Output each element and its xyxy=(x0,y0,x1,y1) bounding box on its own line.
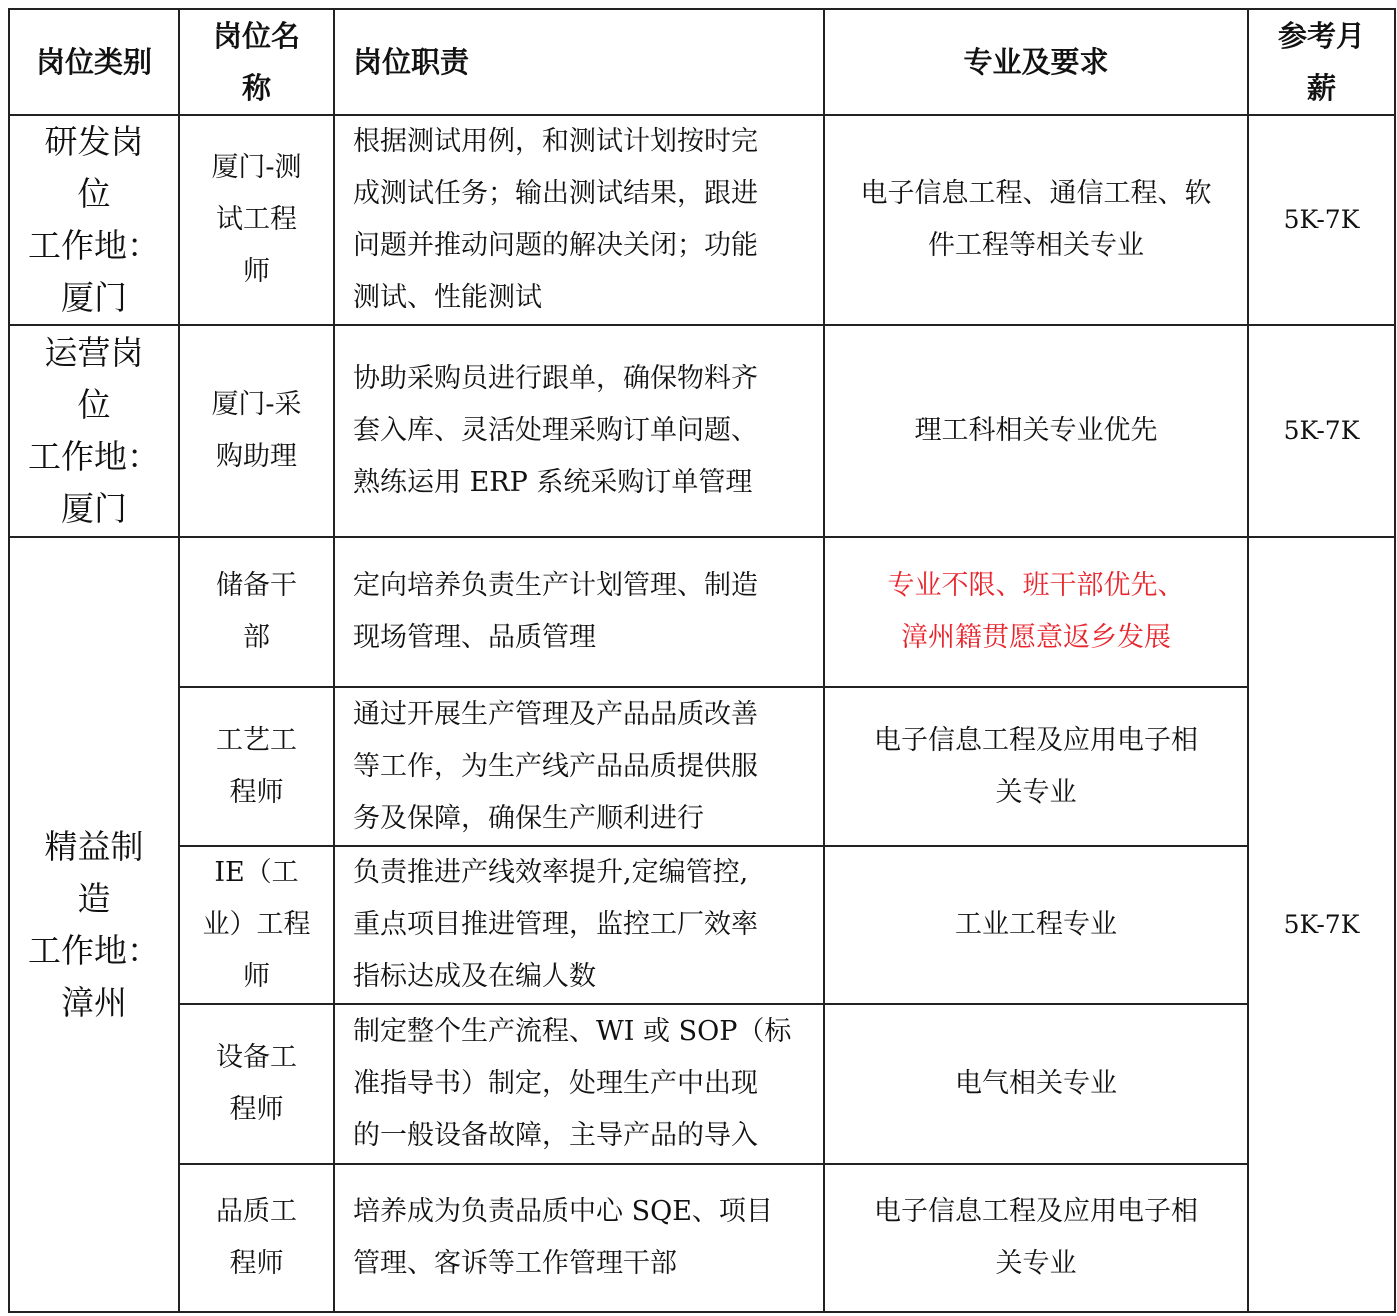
duty-cell: 根据测试用例，和测试计划按时完 成测试任务；输出测试结果，跟进 问题并推动问题的… xyxy=(334,115,824,325)
position-name-line: 师 xyxy=(194,246,319,298)
position-name-line: 品质工 xyxy=(194,1186,319,1238)
duty-line: 成测试任务；输出测试结果，跟进 xyxy=(353,168,805,220)
category-line: 精益制 xyxy=(10,821,178,873)
table-row: 精益制 造 工作地： 漳州 储备干 部 定向培养负责生产计划管理、制造 现场管理… xyxy=(9,537,1395,687)
position-name-line: 试工程 xyxy=(194,194,319,246)
duty-line: 准指导书）制定，处理生产中出现 xyxy=(353,1058,805,1110)
requirement-line: 关专业 xyxy=(843,1238,1229,1290)
requirement-line: 工业工程专业 xyxy=(843,899,1229,951)
position-name-line: 购助理 xyxy=(194,431,319,483)
table-row: 设备工 程师 制定整个生产流程、WI 或 SOP（标 准指导书）制定，处理生产中… xyxy=(9,1004,1395,1164)
requirement-line: 电子信息工程及应用电子相 xyxy=(843,715,1229,767)
requirement-cell: 电子信息工程、通信工程、软 件工程等相关专业 xyxy=(824,115,1248,325)
requirement-cell: 理工科相关专业优先 xyxy=(824,325,1248,537)
position-name-line: 部 xyxy=(194,612,319,664)
table-row: 工艺工 程师 通过开展生产管理及产品品质改善 等工作，为生产线产品品质提供服 务… xyxy=(9,687,1395,846)
duty-line: 通过开展生产管理及产品品质改善 xyxy=(353,689,805,741)
requirement-line: 漳州籍贯愿意返乡发展 xyxy=(843,612,1229,664)
position-name-line: 业）工程 xyxy=(194,899,319,951)
job-positions-table: 岗位类别 岗位名 称 岗位职责 专业及要求 参考月 薪 研发岗 位 工作地： 厦… xyxy=(8,8,1396,1313)
duty-line: 负责推进产线效率提升,定编管控, xyxy=(353,847,805,899)
category-line: 漳州 xyxy=(10,977,178,1029)
position-name-cell: 厦门-测 试工程 师 xyxy=(179,115,334,325)
duty-cell: 协助采购员进行跟单，确保物料齐 套入库、灵活处理采购订单问题、 熟练运用 ERP… xyxy=(334,325,824,537)
category-cell: 运营岗 位 工作地： 厦门 xyxy=(9,325,179,537)
duty-line: 套入库、灵活处理采购订单问题、 xyxy=(353,405,805,457)
duty-line: 指标达成及在编人数 xyxy=(353,951,805,1003)
salary-cell: 5K-7K xyxy=(1248,325,1395,537)
position-name-line: 程师 xyxy=(194,1238,319,1290)
duty-line: 协助采购员进行跟单，确保物料齐 xyxy=(353,353,805,405)
duty-cell: 负责推进产线效率提升,定编管控, 重点项目推进管理，监控工厂效率 指标达成及在编… xyxy=(334,846,824,1004)
duty-line: 管理、客诉等工作管理干部 xyxy=(353,1238,805,1290)
duty-line: 重点项目推进管理，监控工厂效率 xyxy=(353,899,805,951)
position-name-cell: 厦门-采 购助理 xyxy=(179,325,334,537)
position-name-line: 厦门-测 xyxy=(194,142,319,194)
duty-cell: 制定整个生产流程、WI 或 SOP（标 准指导书）制定，处理生产中出现 的一般设… xyxy=(334,1004,824,1164)
category-cell: 研发岗 位 工作地： 厦门 xyxy=(9,115,179,325)
category-line: 位 xyxy=(10,168,178,220)
position-name-line: 厦门-采 xyxy=(194,379,319,431)
position-name-line: 工艺工 xyxy=(194,715,319,767)
category-line: 造 xyxy=(10,873,178,925)
position-name-line: 程师 xyxy=(194,767,319,819)
duty-line: 制定整个生产流程、WI 或 SOP（标 xyxy=(353,1006,805,1058)
duty-line: 现场管理、品质管理 xyxy=(353,612,805,664)
table-row: 研发岗 位 工作地： 厦门 厦门-测 试工程 师 根据测试用例，和测试计划按时完… xyxy=(9,115,1395,325)
position-name-line: 储备干 xyxy=(194,560,319,612)
header-position-name-line: 称 xyxy=(180,62,333,114)
requirement-cell: 电子信息工程及应用电子相 关专业 xyxy=(824,1164,1248,1312)
requirement-cell: 电气相关专业 xyxy=(824,1004,1248,1164)
position-name-line: 师 xyxy=(194,951,319,1003)
salary-cell: 5K-7K xyxy=(1248,115,1395,325)
header-salary-line: 薪 xyxy=(1249,62,1394,114)
position-name-cell: 设备工 程师 xyxy=(179,1004,334,1164)
table-row: IE（工 业）工程 师 负责推进产线效率提升,定编管控, 重点项目推进管理，监控… xyxy=(9,846,1395,1004)
header-category: 岗位类别 xyxy=(9,9,179,115)
duty-line: 测试、性能测试 xyxy=(353,272,805,324)
duty-line: 定向培养负责生产计划管理、制造 xyxy=(353,560,805,612)
duty-line: 务及保障，确保生产顺利进行 xyxy=(353,793,805,845)
header-row: 岗位类别 岗位名 称 岗位职责 专业及要求 参考月 薪 xyxy=(9,9,1395,115)
category-line: 厦门 xyxy=(10,272,178,324)
salary-cell: 5K-7K xyxy=(1248,537,1395,1312)
table-row: 品质工 程师 培养成为负责品质中心 SQE、项目 管理、客诉等工作管理干部 电子… xyxy=(9,1164,1395,1312)
requirement-cell: 电子信息工程及应用电子相 关专业 xyxy=(824,687,1248,846)
position-name-cell: 品质工 程师 xyxy=(179,1164,334,1312)
requirement-line: 件工程等相关专业 xyxy=(843,220,1229,272)
header-position-name: 岗位名 称 xyxy=(179,9,334,115)
header-salary-line: 参考月 xyxy=(1249,10,1394,62)
category-cell: 精益制 造 工作地： 漳州 xyxy=(9,537,179,1312)
requirement-line: 电子信息工程及应用电子相 xyxy=(843,1186,1229,1238)
header-duty: 岗位职责 xyxy=(334,9,824,115)
position-name-cell: 工艺工 程师 xyxy=(179,687,334,846)
duty-line: 根据测试用例，和测试计划按时完 xyxy=(353,116,805,168)
duty-line: 等工作，为生产线产品品质提供服 xyxy=(353,741,805,793)
position-name-line: IE（工 xyxy=(194,847,319,899)
position-name-cell: 储备干 部 xyxy=(179,537,334,687)
category-line: 研发岗 xyxy=(10,116,178,168)
duty-cell: 定向培养负责生产计划管理、制造 现场管理、品质管理 xyxy=(334,537,824,687)
header-requirement: 专业及要求 xyxy=(824,9,1248,115)
requirement-line: 专业不限、班干部优先、 xyxy=(843,560,1229,612)
requirement-line: 电气相关专业 xyxy=(843,1058,1229,1110)
requirement-line: 理工科相关专业优先 xyxy=(843,405,1229,457)
duty-line: 的一般设备故障，主导产品的导入 xyxy=(353,1110,805,1162)
header-position-name-line: 岗位名 xyxy=(180,10,333,62)
position-name-line: 程师 xyxy=(194,1084,319,1136)
duty-cell: 培养成为负责品质中心 SQE、项目 管理、客诉等工作管理干部 xyxy=(334,1164,824,1312)
duty-line: 培养成为负责品质中心 SQE、项目 xyxy=(353,1186,805,1238)
requirement-cell-highlighted: 专业不限、班干部优先、 漳州籍贯愿意返乡发展 xyxy=(824,537,1248,687)
duty-cell: 通过开展生产管理及产品品质改善 等工作，为生产线产品品质提供服 务及保障，确保生… xyxy=(334,687,824,846)
duty-line: 问题并推动问题的解决关闭；功能 xyxy=(353,220,805,272)
table-row: 运营岗 位 工作地： 厦门 厦门-采 购助理 协助采购员进行跟单，确保物料齐 套… xyxy=(9,325,1395,537)
position-name-cell: IE（工 业）工程 师 xyxy=(179,846,334,1004)
category-line: 工作地： xyxy=(10,431,178,483)
category-line: 位 xyxy=(10,379,178,431)
category-line: 工作地： xyxy=(10,220,178,272)
requirement-line: 电子信息工程、通信工程、软 xyxy=(843,168,1229,220)
header-salary: 参考月 薪 xyxy=(1248,9,1395,115)
category-line: 厦门 xyxy=(10,483,178,535)
category-line: 工作地： xyxy=(10,925,178,977)
requirement-line: 关专业 xyxy=(843,767,1229,819)
position-name-line: 设备工 xyxy=(194,1032,319,1084)
duty-line: 熟练运用 ERP 系统采购订单管理 xyxy=(353,457,805,509)
requirement-cell: 工业工程专业 xyxy=(824,846,1248,1004)
category-line: 运营岗 xyxy=(10,327,178,379)
